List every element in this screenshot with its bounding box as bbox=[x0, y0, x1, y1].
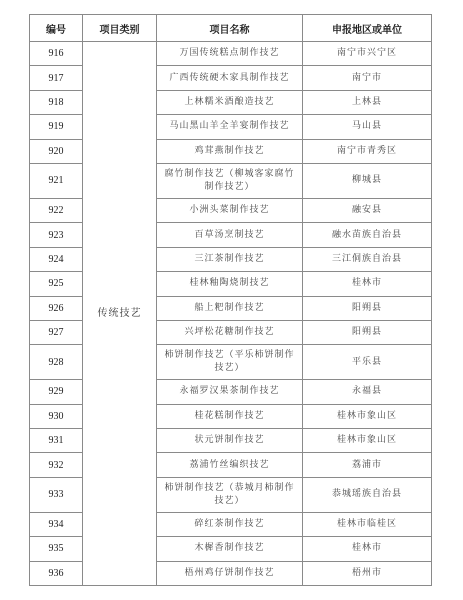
cell-region: 平乐县 bbox=[303, 345, 432, 380]
cell-item-name: 荔浦竹丝编织技艺 bbox=[157, 453, 303, 477]
cell-region: 桂林市临桂区 bbox=[303, 512, 432, 536]
cell-category: 传统技艺 bbox=[83, 42, 157, 586]
cell-region: 上林县 bbox=[303, 90, 432, 114]
heritage-table-container: 编号 项目类别 项目名称 申报地区或单位 916 传统技艺 万国传统糕点制作技艺… bbox=[29, 14, 431, 586]
cell-region: 桂林市象山区 bbox=[303, 429, 432, 453]
cell-number: 936 bbox=[30, 561, 83, 585]
cell-number: 930 bbox=[30, 404, 83, 428]
cell-region: 马山县 bbox=[303, 115, 432, 139]
cell-item-name: 桂花糕制作技艺 bbox=[157, 404, 303, 428]
cell-item-name: 鸡茸燕制作技艺 bbox=[157, 139, 303, 163]
cell-item-name: 柿饼制作技艺（恭城月柿制作技艺） bbox=[157, 477, 303, 512]
cell-number: 933 bbox=[30, 477, 83, 512]
cell-number: 918 bbox=[30, 90, 83, 114]
cell-region: 桂林市 bbox=[303, 537, 432, 561]
cell-number: 923 bbox=[30, 223, 83, 247]
cell-item-name: 兴坪松花糖制作技艺 bbox=[157, 320, 303, 344]
cell-number: 922 bbox=[30, 198, 83, 222]
cell-region: 南宁市 bbox=[303, 66, 432, 90]
cell-item-name: 小洲头菜制作技艺 bbox=[157, 198, 303, 222]
cell-region: 南宁市青秀区 bbox=[303, 139, 432, 163]
cell-number: 921 bbox=[30, 163, 83, 198]
cell-number: 925 bbox=[30, 272, 83, 296]
cell-number: 928 bbox=[30, 345, 83, 380]
cell-item-name: 万国传统糕点制作技艺 bbox=[157, 42, 303, 66]
cell-number: 920 bbox=[30, 139, 83, 163]
header-item-name: 项目名称 bbox=[157, 15, 303, 42]
cell-item-name: 梧州鸡仔饼制作技艺 bbox=[157, 561, 303, 585]
cell-item-name: 永福罗汉果茶制作技艺 bbox=[157, 380, 303, 404]
table-row: 916 传统技艺 万国传统糕点制作技艺 南宁市兴宁区 bbox=[30, 42, 432, 66]
cell-region: 桂林市象山区 bbox=[303, 404, 432, 428]
cell-region: 梧州市 bbox=[303, 561, 432, 585]
cell-item-name: 马山黑山羊全羊宴制作技艺 bbox=[157, 115, 303, 139]
header-category: 项目类别 bbox=[83, 15, 157, 42]
cell-number: 917 bbox=[30, 66, 83, 90]
cell-region: 融安县 bbox=[303, 198, 432, 222]
cell-item-name: 三江茶制作技艺 bbox=[157, 247, 303, 271]
cell-item-name: 百草汤烹制技艺 bbox=[157, 223, 303, 247]
cell-item-name: 广西传统硬木家具制作技艺 bbox=[157, 66, 303, 90]
cell-item-name: 桂林釉陶烧制技艺 bbox=[157, 272, 303, 296]
cell-number: 931 bbox=[30, 429, 83, 453]
cell-number: 927 bbox=[30, 320, 83, 344]
cell-number: 932 bbox=[30, 453, 83, 477]
cell-item-name: 船上粑制作技艺 bbox=[157, 296, 303, 320]
cell-region: 阳朔县 bbox=[303, 296, 432, 320]
cell-region: 荔浦市 bbox=[303, 453, 432, 477]
cell-number: 934 bbox=[30, 512, 83, 536]
cell-region: 阳朔县 bbox=[303, 320, 432, 344]
heritage-items-table: 编号 项目类别 项目名称 申报地区或单位 916 传统技艺 万国传统糕点制作技艺… bbox=[29, 14, 432, 586]
cell-number: 935 bbox=[30, 537, 83, 561]
cell-region: 柳城县 bbox=[303, 163, 432, 198]
cell-item-name: 木樨香制作技艺 bbox=[157, 537, 303, 561]
cell-number: 919 bbox=[30, 115, 83, 139]
table-header-row: 编号 项目类别 项目名称 申报地区或单位 bbox=[30, 15, 432, 42]
cell-region: 三江侗族自治县 bbox=[303, 247, 432, 271]
cell-number: 926 bbox=[30, 296, 83, 320]
cell-number: 929 bbox=[30, 380, 83, 404]
cell-region: 融水苗族自治县 bbox=[303, 223, 432, 247]
cell-region: 恭城瑶族自治县 bbox=[303, 477, 432, 512]
cell-item-name: 上林糯米酒酿造技艺 bbox=[157, 90, 303, 114]
cell-region: 永福县 bbox=[303, 380, 432, 404]
cell-region: 南宁市兴宁区 bbox=[303, 42, 432, 66]
header-number: 编号 bbox=[30, 15, 83, 42]
cell-number: 916 bbox=[30, 42, 83, 66]
cell-item-name: 状元饼制作技艺 bbox=[157, 429, 303, 453]
cell-item-name: 腐竹制作技艺（柳城客家腐竹制作技艺） bbox=[157, 163, 303, 198]
header-region: 申报地区或单位 bbox=[303, 15, 432, 42]
cell-number: 924 bbox=[30, 247, 83, 271]
cell-item-name: 碎红茶制作技艺 bbox=[157, 512, 303, 536]
cell-item-name: 柿饼制作技艺（平乐柿饼制作技艺） bbox=[157, 345, 303, 380]
cell-region: 桂林市 bbox=[303, 272, 432, 296]
